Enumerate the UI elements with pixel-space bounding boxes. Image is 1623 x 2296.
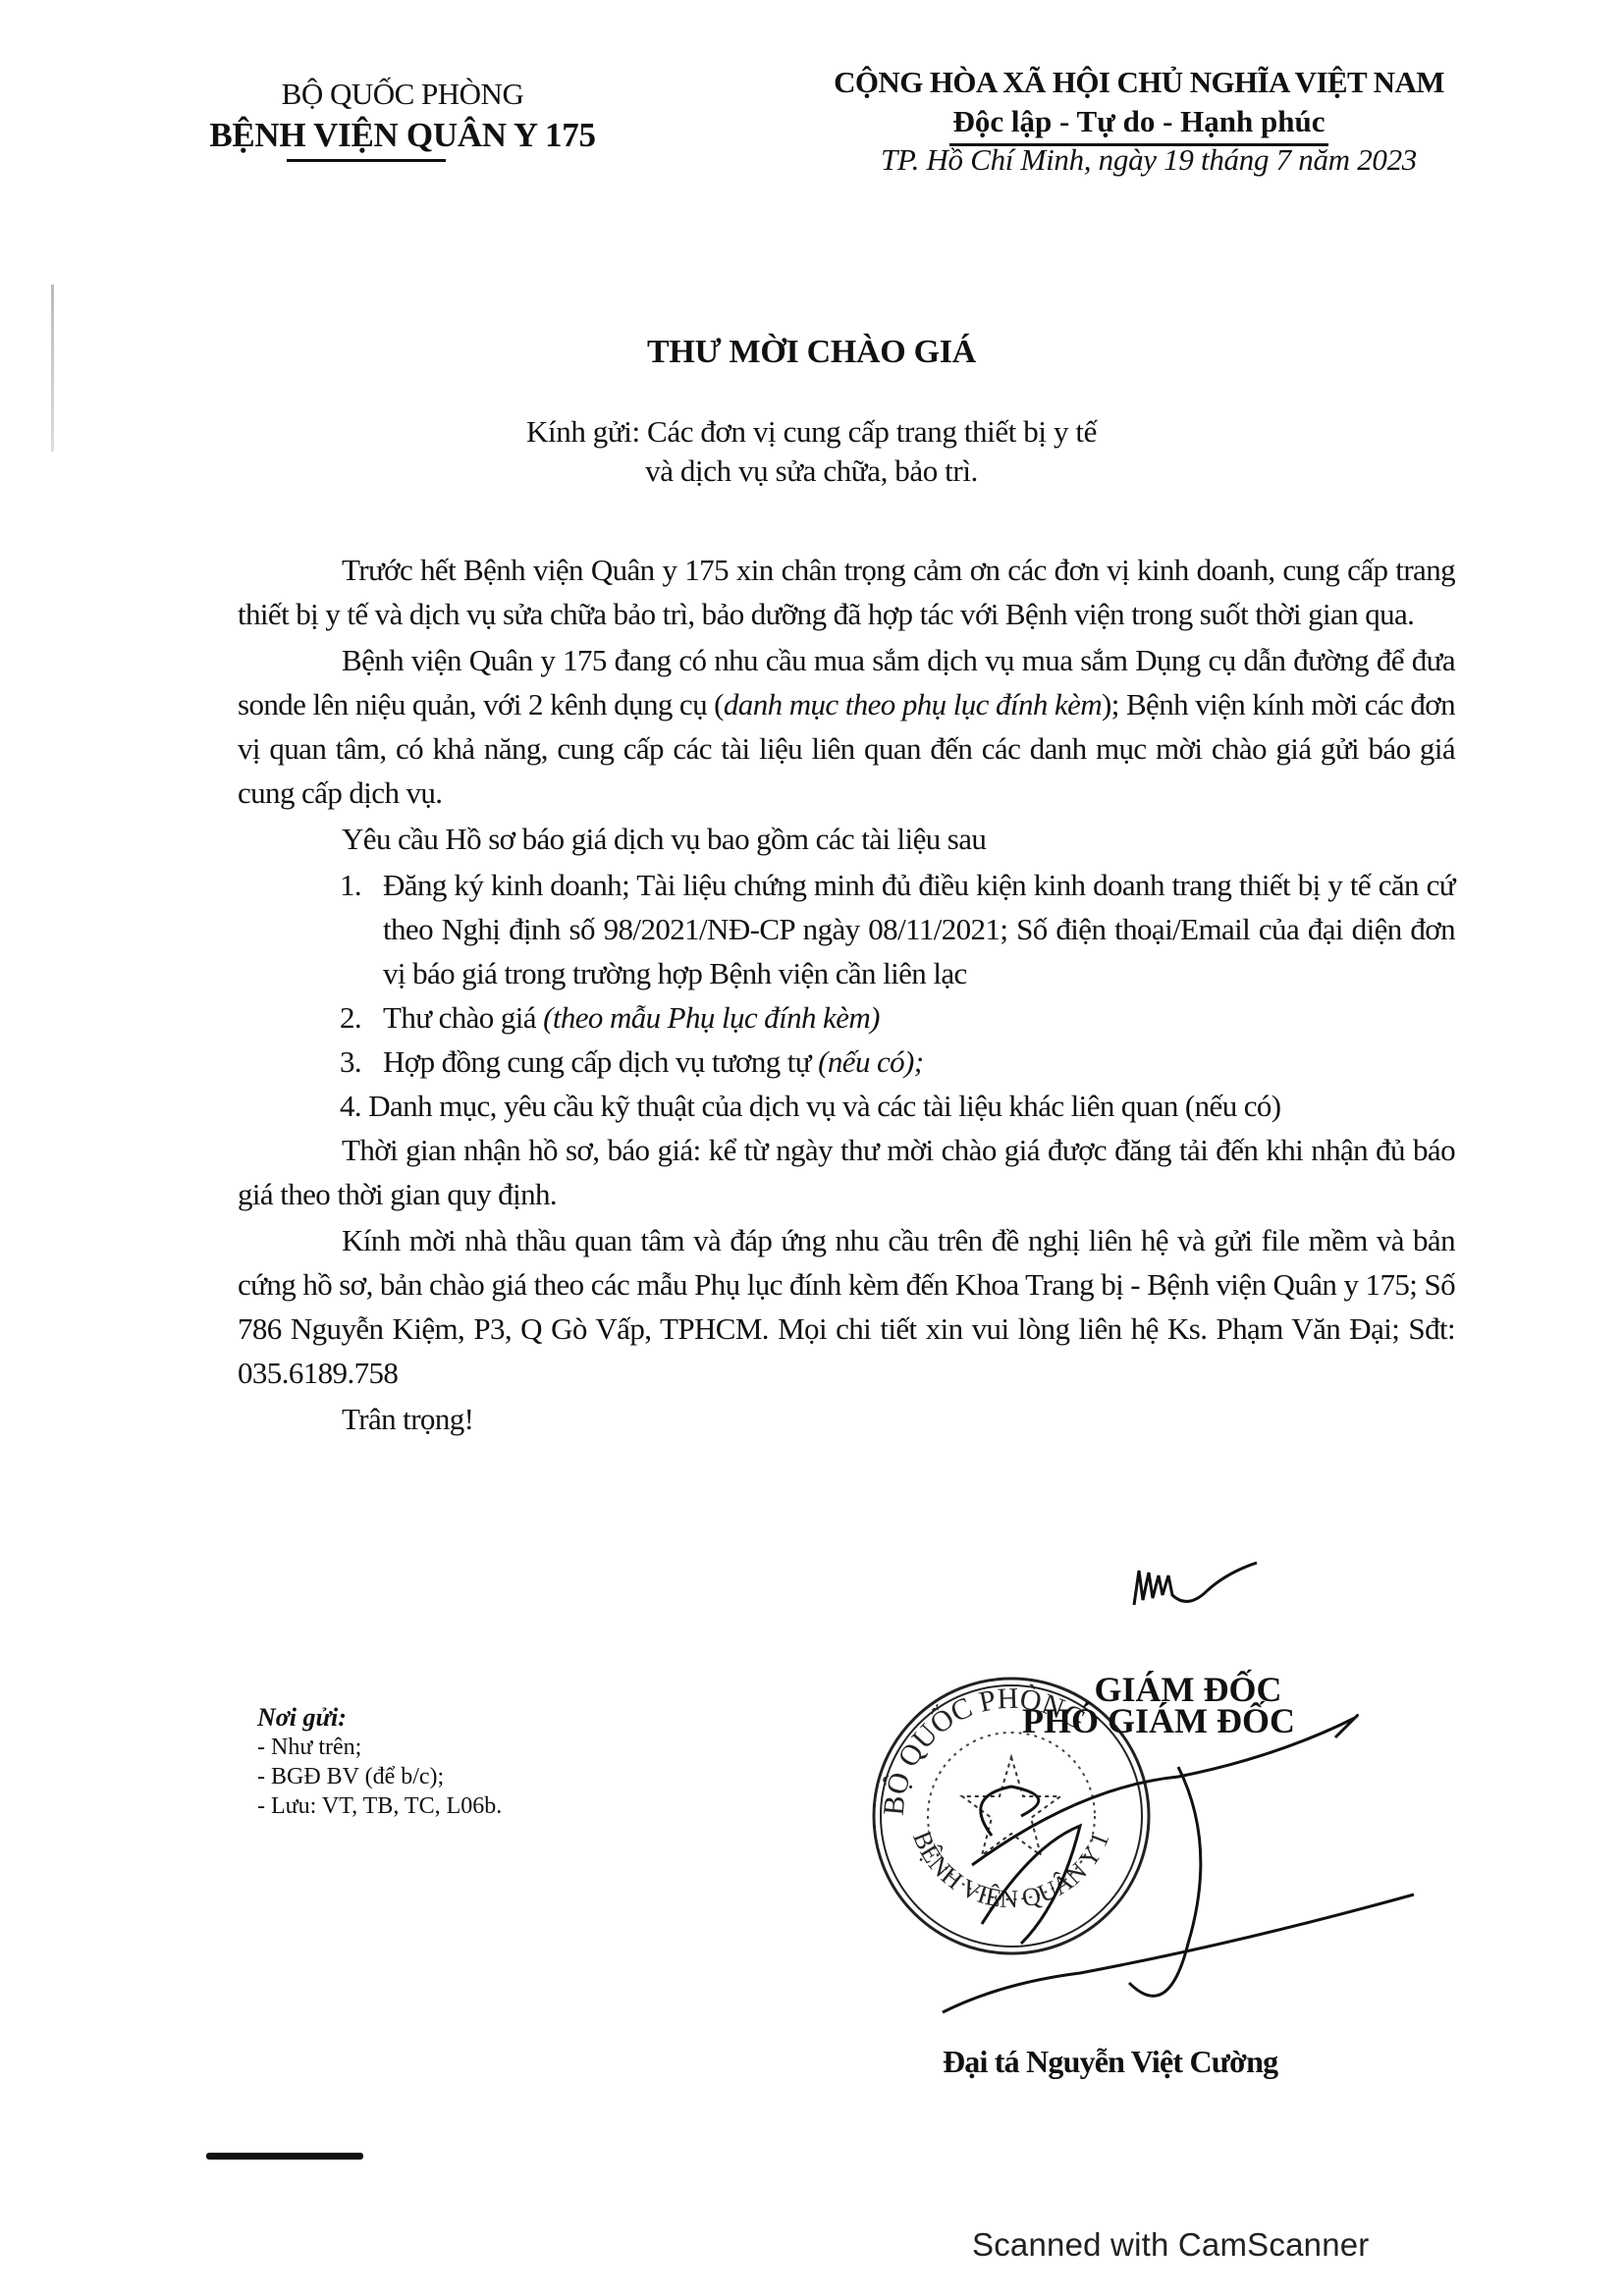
recipients-block: Nơi gửi: - Như trên; - BGĐ BV (để b/c); …	[257, 1703, 502, 1821]
national-title: CỘNG HÒA XÃ HỘI CHỦ NGHĨA VIỆT NAM	[766, 63, 1512, 102]
paragraph-contact: Kính mời nhà thầu quan tâm và đáp ứng nh…	[238, 1218, 1455, 1395]
scan-mark-artifact	[206, 2153, 363, 2160]
closing: Trân trọng!	[238, 1397, 1455, 1441]
document-date: TP. Hồ Chí Minh, ngày 19 tháng 7 năm 202…	[785, 142, 1512, 178]
recipient-item: - Như trên;	[257, 1733, 502, 1762]
recipient-line-1: Kính gửi: Các đơn vị cung cấp trang thiế…	[0, 412, 1623, 452]
signature-icon	[884, 1688, 1434, 2032]
recipient-address: Kính gửi: Các đơn vị cung cấp trang thiế…	[0, 412, 1623, 491]
list-item: 4. Danh mục, yêu cầu kỹ thuật của dịch v…	[238, 1084, 1455, 1128]
paragraph-deadline: Thời gian nhận hồ sơ, báo giá: kể từ ngà…	[238, 1128, 1455, 1216]
recipients-heading: Nơi gửi:	[257, 1703, 502, 1733]
list-item: 2.Thư chào giá (theo mẫu Phụ lục đính kè…	[238, 995, 1455, 1040]
initials-scribble-icon	[1129, 1561, 1267, 1620]
national-motto: Độc lập - Tự do - Hạnh phúc	[949, 102, 1329, 146]
issuer-header: BỘ QUỐC PHÒNG BỆNH VIỆN QUÂN Y 175	[147, 75, 658, 157]
list-item: 1.Đăng ký kinh doanh; Tài liệu chứng min…	[238, 863, 1455, 995]
letter-body: Trước hết Bệnh viện Quân y 175 xin chân …	[238, 548, 1455, 1443]
list-item: 3.Hợp đồng cung cấp dịch vụ tương tự (nế…	[238, 1040, 1455, 1084]
paragraph-requirements: Yêu cầu Hồ sơ báo giá dịch vụ bao gồm cá…	[238, 817, 1455, 861]
document-title: THƯ MỜI CHÀO GIÁ	[0, 334, 1623, 371]
recipient-item: - Lưu: VT, TB, TC, L06b.	[257, 1791, 502, 1821]
hospital-name: BỆNH VIỆN QUÂN Y 175	[147, 114, 658, 157]
signer-name: Đại tá Nguyễn Việt Cường	[943, 2044, 1277, 2080]
paragraph-request: Bệnh viện Quân y 175 đang có nhu cầu mua…	[238, 638, 1455, 815]
paragraph-thanks: Trước hết Bệnh viện Quân y 175 xin chân …	[238, 548, 1455, 636]
national-header: CỘNG HÒA XÃ HỘI CHỦ NGHĨA VIỆT NAM Độc l…	[766, 63, 1512, 146]
recipient-item: - BGĐ BV (để b/c);	[257, 1762, 502, 1791]
header-underline	[287, 159, 446, 162]
camscanner-watermark: Scanned with CamScanner	[972, 2226, 1369, 2264]
requirements-list: 1.Đăng ký kinh doanh; Tài liệu chứng min…	[238, 863, 1455, 1128]
recipient-line-2: và dịch vụ sửa chữa, bảo trì.	[0, 452, 1623, 491]
ministry-name: BỘ QUỐC PHÒNG	[147, 75, 658, 114]
